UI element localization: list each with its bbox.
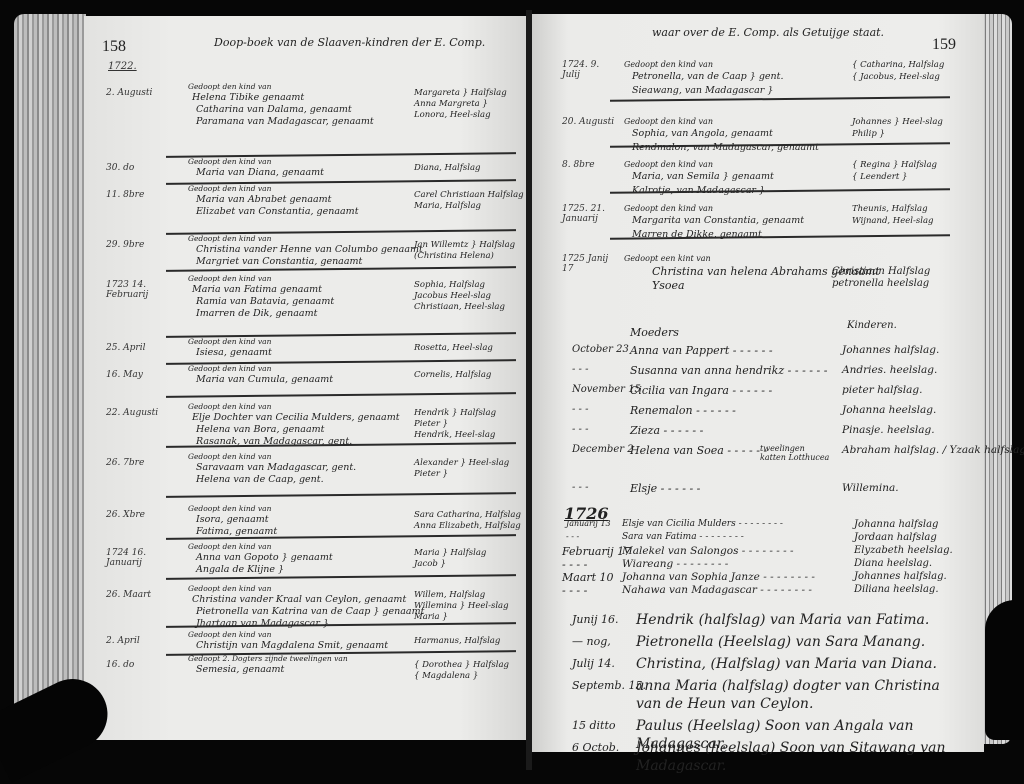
entry-parent: Margarita van Constantia, genaamt (632, 215, 804, 226)
row-date: - - - - (562, 558, 587, 571)
row-note: tweelingen katten Lotthucea (760, 444, 830, 462)
right-page: waar over de E. Comp. als Getuijge staat… (532, 14, 984, 752)
row-mother: Johanna van Sophia Janze - - - - - - - - (622, 571, 815, 583)
entry-child: { Regina } Halfslag (852, 160, 937, 170)
entry-intro: Gedoopt den kind van (188, 82, 271, 91)
entry-parent: Imarren de Dik, genaamt (196, 308, 317, 319)
row-date: - - - (572, 404, 589, 415)
entry-child: Christiaan, Heel-slag (414, 302, 505, 312)
row-mother: Elsje - - - - - - (630, 482, 700, 495)
entry-intro: Gedoopt den kind van (188, 584, 271, 593)
entry-date: 29. 9bre (106, 240, 176, 250)
entry-date: 20. Augusti (562, 117, 618, 127)
row-mother: Susanna van anna hendrikz - - - - - - (630, 364, 827, 377)
entry-parent: Helena Tibike genaamt (192, 92, 304, 103)
entry-date: 11. 8bre (106, 190, 176, 200)
entry-divider (166, 229, 516, 235)
entry-date: 2. April (106, 636, 176, 646)
entry-date: 8. 8bre (562, 160, 618, 170)
entry-child: Maria } (414, 612, 448, 622)
entry-child: Pieter } (414, 419, 448, 429)
final-entry-text: Pietronella (Heelslag) van Sara Manang. (636, 633, 966, 651)
entry-child: Diana, Halfslag (414, 163, 480, 173)
row-mother: Wiareang - - - - - - - - (622, 558, 728, 570)
entry-child: Johannes } Heel-slag (852, 117, 943, 127)
entry-divider (166, 492, 516, 498)
entry-parent: Maria van Diana, genaamt (196, 167, 324, 178)
row-date: - - - (572, 364, 589, 375)
entry-parent: Sophia, van Angola, genaamt (632, 128, 773, 139)
entry-child: Pieter } (414, 469, 448, 479)
entry-date: 1724 16. Januarij (106, 548, 176, 568)
final-entry-text: anna Maria (halfslag) dogter van Christi… (636, 677, 966, 713)
page-number: 159 (932, 36, 956, 54)
final-entry-date: Junij 16. (572, 613, 619, 626)
entry-child: Margareta } Halfslag (414, 88, 507, 98)
entry-parent: Helena van de Caap, gent. (196, 474, 324, 485)
entry-child: Jacob } (414, 559, 446, 569)
entry-child: Anna Margreta } (414, 99, 488, 109)
entry-child: Hendrik } Halfslag (414, 408, 496, 418)
entry-intro: Gedoopt den kind van (188, 274, 271, 283)
row-mother: Anna van Pappert - - - - - - (630, 344, 773, 357)
row-child: Diliana heelslag. (854, 584, 939, 595)
entry-date: 2. Augusti (106, 88, 176, 98)
entry-intro: Gedoopt den kind van (188, 542, 271, 551)
entry-child: Jan Willemtz } Halfslag (414, 240, 515, 250)
row-date: October 23 (572, 344, 629, 355)
ledger-scan: 158 Doop-boek van de Slaaven-kindren der… (0, 0, 1024, 784)
entry-intro: Gedoopt den kind van (188, 630, 271, 639)
row-date: Februarij 17 (562, 545, 631, 558)
entry-child: Alexander } Heel-slag (414, 458, 509, 468)
entry-parent: Christina vander Henne van Columbo genaa… (196, 244, 423, 255)
entry-parent: Margriet van Constantia, genaamt (196, 256, 362, 267)
entry-parent: Isora, genaamt (196, 514, 269, 525)
entry-parent: Angala de Klijne } (196, 564, 284, 575)
entry-child: { Leendert } (852, 172, 907, 182)
entry-divider (166, 332, 516, 338)
entry-date: 30. do (106, 163, 176, 173)
entry-date: 26. Maart (106, 590, 176, 600)
entry-intro: Gedoopt den kind van (188, 184, 271, 193)
entry-parent: Ysoea (652, 279, 685, 292)
entry-child: Hendrik, Heel-slag (414, 430, 495, 440)
page-number: 158 (102, 38, 126, 56)
row-mother: Elsje van Cicilia Mulders - - - - - - - … (622, 519, 783, 529)
entry-child: Wijnand, Heel-slag (852, 216, 933, 226)
entry-date: 25. April (106, 343, 176, 353)
entry-parent: Pietronella van Katrina van de Caap } ge… (196, 606, 424, 617)
final-entry-text: Johannes (heelslag) Soon van Sitawang va… (636, 739, 966, 775)
year-label: 1722. (108, 61, 137, 72)
row-child: Jordaan halfslag (854, 532, 937, 543)
entry-intro: Gedoopt den kind van (188, 364, 271, 373)
entry-child: Sophia, Halfslag (414, 280, 485, 290)
entry-intro: Gedoopt den kind van (188, 452, 271, 461)
row-child: Johanna heelslag. (842, 404, 936, 416)
row-date: Maart 10 (562, 571, 614, 584)
entry-divider (166, 152, 516, 158)
entry-child: Jacobus Heel-slag (414, 291, 491, 301)
entry-parent: Maria van Abrabet genaamt (196, 194, 332, 205)
final-entry-date: Julij 14. (572, 657, 615, 670)
entry-intro: Gedoopt den kind van (188, 234, 271, 243)
entry-intro: Gedoopt den kind van (188, 504, 271, 513)
row-mother: Nahawa van Madagascar - - - - - - - - (622, 584, 812, 596)
row-mother: Sara van Fatima - - - - - - - - (622, 532, 744, 542)
row-date: - - - - (562, 584, 587, 597)
row-child: Pinasje. heelslag. (842, 424, 935, 436)
entry-intro: Gedoopt den kind van (188, 402, 271, 411)
entry-parent: Maria van Fatima genaamt (192, 284, 322, 295)
row-child: Johannes halfslag. (842, 344, 939, 356)
entry-date: 1725 Janij 17 (562, 254, 618, 274)
entry-date: 1724. 9. Julij (562, 60, 618, 80)
page-header: waar over de E. Comp. als Getuijge staat… (652, 26, 884, 39)
entry-child: Anna Elizabeth, Halfslag (414, 521, 521, 531)
row-child: Johanna halfslag (854, 519, 938, 530)
entry-parent: Maria van Cumula, genaamt (196, 374, 333, 385)
entry-date: 22. Augusti (106, 408, 176, 418)
entry-date: 26. Xbre (106, 510, 176, 520)
entry-divider (166, 574, 516, 580)
entry-date: 1725. 21. Januarij (562, 204, 618, 224)
entry-date: 16. May (106, 370, 176, 380)
entry-date: 1723 14. Februarij (106, 280, 176, 300)
book-edge-left (14, 14, 86, 734)
entry-divider (166, 392, 516, 398)
row-child: Abraham halfslag. / Yzaak halfslag. (842, 444, 1024, 456)
entry-intro: Gedoopt den kind van (188, 157, 271, 166)
entry-child: Sara Catharina, Halfslag (414, 510, 521, 520)
column-header-mothers: Moeders (630, 326, 679, 339)
entry-child: { Dorothea } Halfslag (414, 660, 509, 670)
entry-parent: Christijn van Magdalena Smit, genaamt (196, 640, 388, 651)
row-date: - - - (566, 532, 579, 541)
entry-parent: Elje Dochter van Cecilia Mulders, genaam… (192, 412, 400, 423)
entry-child: Lonora, Heel-slag (414, 110, 491, 120)
entry-child: Maria } Halfslag (414, 548, 486, 558)
entry-child: Willemina } Heel-slag (414, 601, 509, 611)
row-date: Januarij 13 (566, 519, 611, 528)
page-header: Doop-boek van de Slaaven-kindren der E. … (214, 36, 485, 49)
row-child: Elyzabeth heelslag. (854, 545, 953, 556)
entry-intro: Gedoopt den kind van (624, 160, 713, 169)
entry-child: Carel Christiaan Halfslag (414, 190, 524, 200)
column-header-children: Kinderen. (847, 320, 897, 331)
row-child: Willemina. (842, 482, 899, 494)
entry-parent: Elizabet van Constantia, genaamt (196, 206, 359, 217)
entry-parent: Ramia van Batavia, genaamt (196, 296, 334, 307)
row-child: pieter halfslag. (842, 384, 922, 396)
entry-parent: Paramana van Madagascar, genaamt (196, 116, 374, 127)
entry-intro: Gedoopt den kind van (624, 204, 713, 213)
entry-intro: Gedoopt een kint van (624, 254, 711, 263)
entry-child: Cornelis, Halfslag (414, 370, 491, 380)
entry-child: Willem, Halfslag (414, 590, 485, 600)
row-date: December 2 (572, 444, 634, 455)
entry-intro: Gedoopt den kind van (188, 337, 271, 346)
row-child: Andries. heelslag. (842, 364, 937, 376)
row-mother: Zieza - - - - - - (630, 424, 703, 437)
row-child: Diana heelslag. (854, 558, 932, 569)
final-entry-text: Christina, (Halfslag) van Maria van Dian… (636, 655, 966, 673)
final-entry-date: Septemb. 15. (572, 679, 646, 692)
entry-intro: Gedoopt den kind van (624, 60, 713, 69)
entry-child: Rosetta, Heel-slag (414, 343, 493, 353)
entry-child: (Christina Helena) (414, 251, 494, 261)
page-clip-shadow (985, 600, 1024, 740)
row-mother: Renemalon - - - - - - (630, 404, 736, 417)
entry-divider (166, 266, 516, 272)
entry-parent: Catharina van Dalama, genaamt (196, 104, 352, 115)
entry-child: Harmanus, Halfslag (414, 636, 500, 646)
entry-child: Maria, Halfslag (414, 201, 481, 211)
entry-divider (166, 359, 516, 365)
entry-parent: Anna van Gopoto } genaamt (196, 552, 333, 563)
row-mother: Malekel van Salongos - - - - - - - - (622, 545, 794, 557)
entry-child: { Jacobus, Heel-slag (852, 72, 940, 82)
final-entry-date: — nog, (572, 635, 611, 648)
entry-parent: Christina vander Kraal van Ceylon, genaa… (192, 594, 406, 605)
entry-parent: Semesia, genaamt (196, 664, 284, 675)
entry-parent: Sieawang, van Madagascar } (632, 85, 773, 96)
entry-child: { Magdalena } (414, 671, 478, 681)
row-date: - - - (572, 482, 589, 493)
entry-child: Theunis, Halfslag (852, 204, 928, 214)
row-mother: Cicilia van Ingara - - - - - - (630, 384, 772, 397)
final-entry-date: 15 ditto (572, 719, 616, 732)
entry-parent: Saravaam van Madagascar, gent. (196, 462, 356, 473)
entry-child: { Catharina, Halfslag (852, 60, 944, 70)
entry-child: petronella heelslag (832, 278, 929, 289)
entry-child: Philip } (852, 129, 885, 139)
entry-parent: Isiesa, genaamt (196, 347, 272, 358)
entry-divider (166, 179, 516, 185)
entry-child: Christiaan Halfslag (832, 266, 930, 277)
row-date: - - - (572, 424, 589, 435)
final-entry-text: Hendrik (halfslag) van Maria van Fatima. (636, 611, 966, 629)
entry-date: 26. 7bre (106, 458, 176, 468)
entry-parent: Fatima, genaamt (196, 526, 277, 537)
left-page: 158 Doop-boek van de Slaaven-kindren der… (84, 16, 526, 740)
entry-divider (610, 96, 950, 102)
row-mother: Helena van Soea - - - - - - (630, 444, 767, 457)
entry-parent: Helena van Bora, genaamt (196, 424, 324, 435)
final-entry-date: 6 Octob. (572, 741, 619, 754)
row-child: Johannes halfslag. (854, 571, 947, 582)
entry-parent: Maria, van Semila } genaamt (632, 171, 774, 182)
entry-intro: Gedoopt den kind van (624, 117, 713, 126)
entry-date: 16. do (106, 660, 176, 670)
entry-parent: Petronella, van de Caap } gent. (632, 71, 784, 82)
